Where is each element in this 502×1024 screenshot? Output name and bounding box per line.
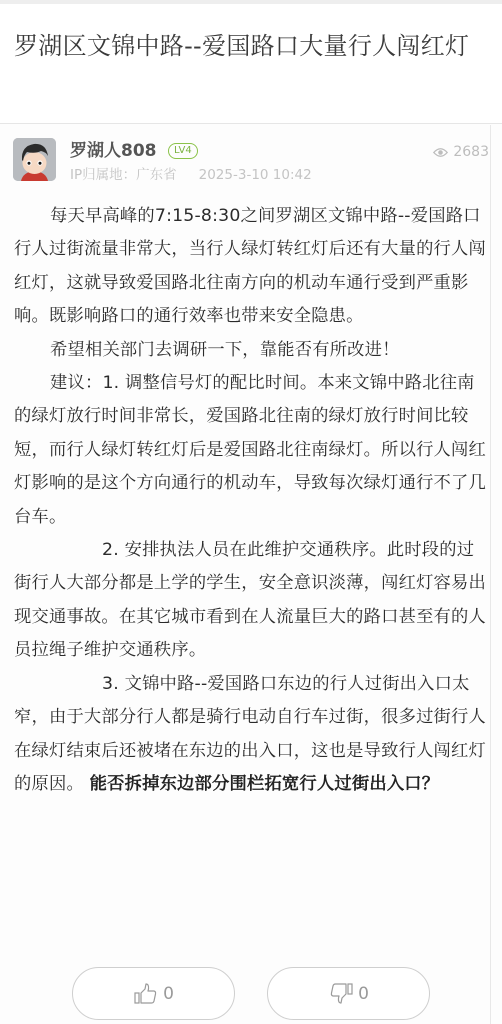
ip-location: IP归属地：广东省 [70,167,177,183]
like-button[interactable]: 0 [72,967,235,1020]
dislike-count: 0 [358,984,369,1004]
thumbs-up-icon [133,981,159,1007]
paragraph: 希望相关部门去调研一下，靠能否有所改进！ [14,334,486,367]
bold-question: 能否拆掉东边部分围栏拓宽行人过街出入口？ [90,774,440,794]
post-date: 2025-3-10 10:42 [199,167,312,183]
view-count: 2683 [433,143,489,161]
view-count-value: 2683 [453,143,489,161]
like-count: 0 [163,984,174,1004]
author-row: 罗湖人808 LV4 IP归属地：广东省2025-3-10 10:42 2683 [0,125,491,195]
post-content: 每天早高峰的7:15-8:30之间罗湖区文锦中路--爱国路口行人过街流量非常大，… [14,200,486,801]
paragraph: 每天早高峰的7:15-8:30之间罗湖区文锦中路--爱国路口行人过街流量非常大，… [14,200,486,334]
paragraph: 建议：1. 调整信号灯的配比时间。本来文锦中路北往南的绿灯放行时间非常长，爱国路… [14,367,486,534]
avatar[interactable] [13,138,56,181]
post-meta: IP归属地：广东省2025-3-10 10:42 [70,166,312,184]
author-name[interactable]: 罗湖人808 [70,140,157,162]
title-block: 罗湖区文锦中路--爱国路口大量行人闯红灯 [0,4,502,124]
post: 罗湖人808 LV4 IP归属地：广东省2025-3-10 10:42 2683… [0,125,491,1024]
page-title: 罗湖区文锦中路--爱国路口大量行人闯红灯 [14,26,494,66]
eye-icon [433,147,448,158]
level-badge: LV4 [168,143,198,159]
paragraph: 3. 文锦中路--爱国路口东边的行人过街出入口太窄，由于大部分行人都是骑行电动自… [14,668,486,802]
thumbs-down-icon [328,981,354,1007]
cartoon-boy-avatar-icon [13,138,56,181]
paragraph: 2. 安排执法人员在此维护交通秩序。此时段的过街行人大部分都是上学的学生，安全意… [14,534,486,668]
dislike-button[interactable]: 0 [267,967,430,1020]
